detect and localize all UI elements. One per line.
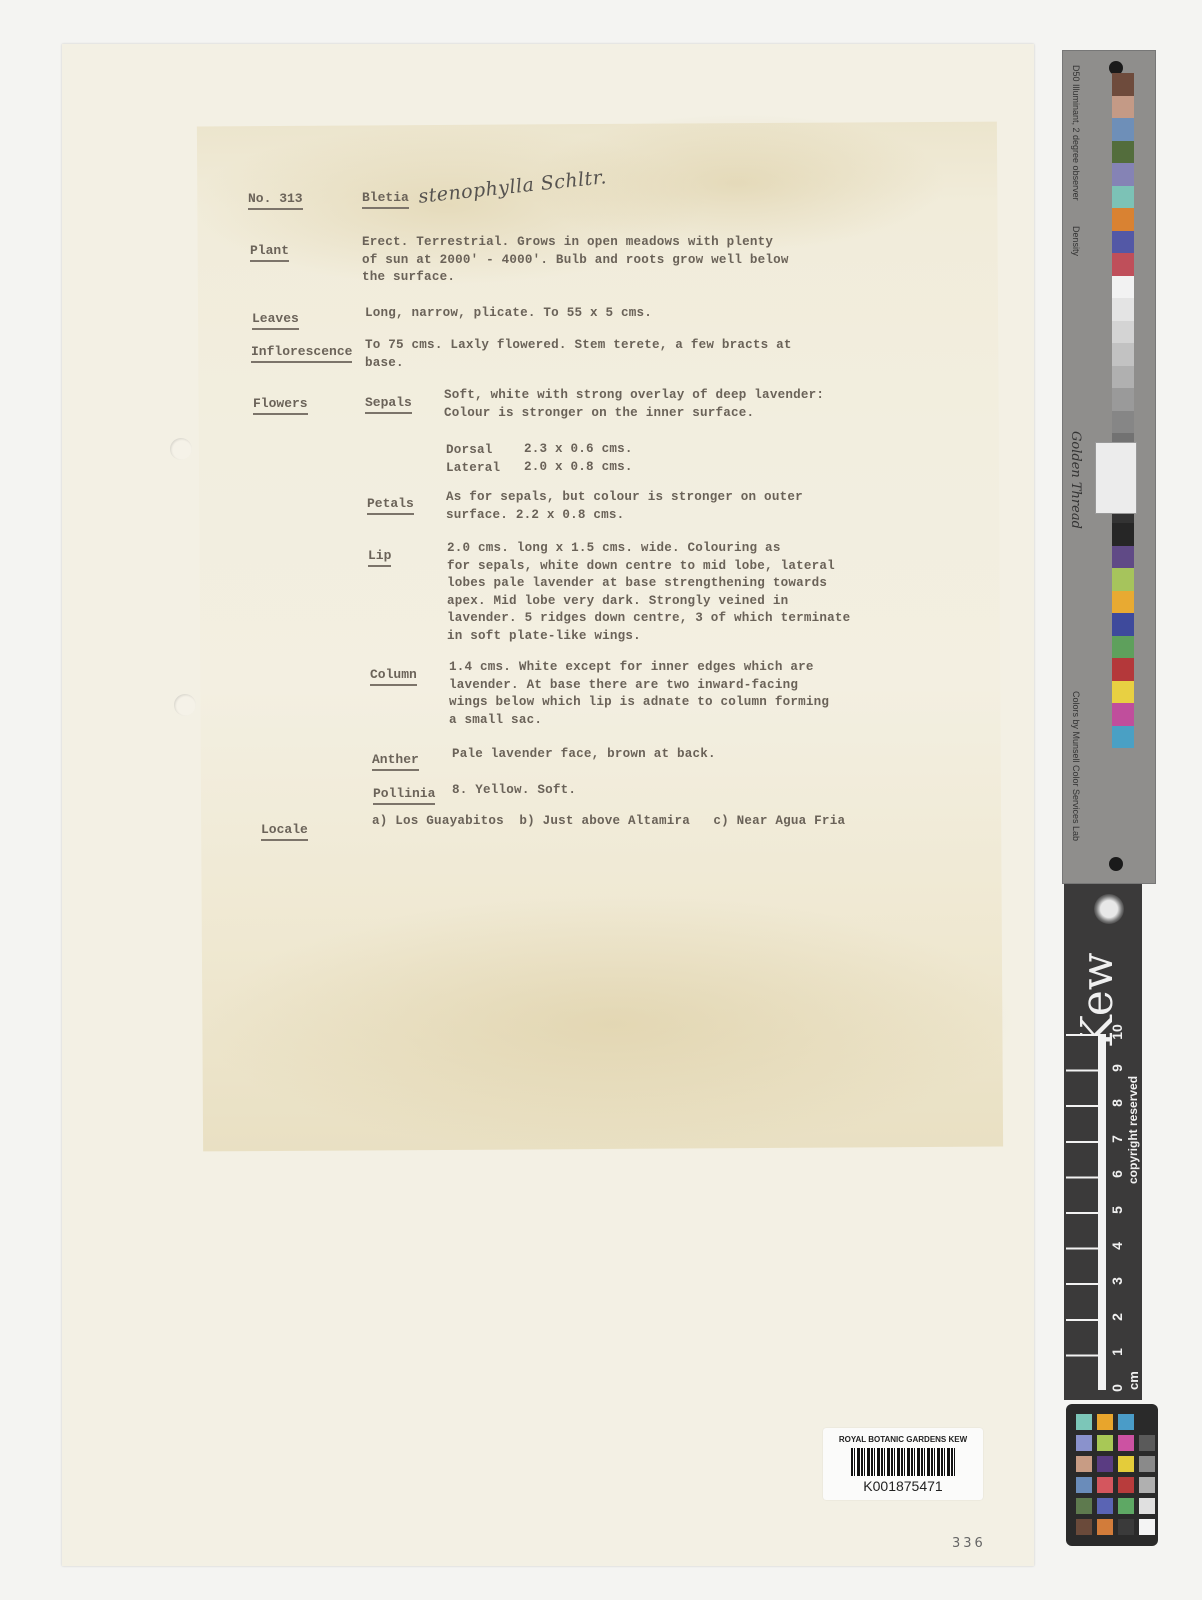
color-checker-grid	[1076, 1414, 1155, 1535]
checker-cell	[1076, 1435, 1092, 1451]
herbarium-sheet: No. 313 Bletia stenophylla Schltr. Plant…	[62, 44, 1034, 1566]
munsell-text: Colors by Munsell Color Services Lab	[1071, 691, 1081, 841]
checker-cell	[1118, 1477, 1134, 1493]
ruler-number: 5	[1109, 1201, 1125, 1219]
checker-cell	[1139, 1435, 1155, 1451]
checker-cell	[1097, 1435, 1113, 1451]
locale-text: a) Los Guayabitos b) Just above Altamira…	[372, 813, 845, 831]
checker-cell	[1118, 1456, 1134, 1472]
text-line: lavender. At base there are two inward-f…	[449, 677, 829, 695]
strip-hole-icon	[1109, 857, 1123, 871]
specimen-number: No. 313	[248, 191, 303, 210]
text-line: Long, narrow, plicate. To 55 x 5 cms.	[365, 305, 652, 323]
color-swatch	[1112, 73, 1134, 96]
color-swatch	[1112, 163, 1134, 186]
text-line: Colour is stronger on the inner surface.	[444, 405, 824, 423]
density-label: Density	[1071, 226, 1081, 256]
color-swatch	[1112, 321, 1134, 344]
plant-text: Erect. Terrestrial. Grows in open meadow…	[362, 234, 789, 287]
checker-cell	[1097, 1498, 1113, 1514]
folio-number: 336	[952, 1536, 986, 1551]
locale-label: Locale	[261, 822, 308, 841]
text-line: Erect. Terrestrial. Grows in open meadow…	[362, 234, 789, 252]
color-swatch	[1112, 636, 1134, 659]
color-swatches	[1112, 73, 1134, 748]
lip-label: Lip	[368, 548, 391, 567]
text-line: lobes pale lavender at base strengthenin…	[447, 575, 850, 593]
checker-cell	[1076, 1414, 1092, 1430]
barcode-label: ROYAL BOTANIC GARDENS KEW K001875471	[823, 1428, 983, 1500]
barcode-icon	[851, 1448, 955, 1476]
text-line: apex. Mid lobe very dark. Strongly veine…	[447, 593, 850, 611]
genus-name: Bletia	[362, 190, 409, 209]
punch-hole	[170, 438, 192, 460]
text-line: 8. Yellow. Soft.	[452, 782, 576, 800]
checker-cell	[1139, 1477, 1155, 1493]
grey-scale-card	[1095, 442, 1137, 514]
sepals-text: Soft, white with strong overlay of deep …	[444, 387, 824, 422]
checker-cell	[1076, 1498, 1092, 1514]
inflorescence-label: Inflorescence	[251, 344, 352, 363]
color-swatch	[1112, 253, 1134, 276]
color-checker-card	[1066, 1404, 1158, 1546]
column-label: Column	[370, 667, 417, 686]
text-line: in soft plate-like wings.	[447, 628, 850, 646]
text-line: 2.0 cms. long x 1.5 cms. wide. Colouring…	[447, 540, 850, 558]
color-swatch	[1112, 366, 1134, 389]
color-swatch	[1112, 546, 1134, 569]
checker-cell	[1139, 1414, 1155, 1430]
text-line: base.	[365, 355, 792, 373]
checker-cell	[1139, 1498, 1155, 1514]
color-swatch	[1112, 703, 1134, 726]
flowers-label: Flowers	[253, 396, 308, 415]
ruler-number: 6	[1109, 1165, 1125, 1183]
checker-cell	[1097, 1456, 1113, 1472]
inflorescence-text: To 75 cms. Laxly flowered. Stem terete, …	[365, 337, 792, 372]
text-line: a small sac.	[449, 712, 829, 730]
text-line: the surface.	[362, 269, 789, 287]
water-stain	[202, 891, 1024, 1156]
brand-script: Golden Thread	[1068, 431, 1083, 529]
color-swatch	[1112, 411, 1134, 434]
checker-cell	[1076, 1477, 1092, 1493]
barcode-number: K001875471	[823, 1478, 983, 1494]
color-swatch	[1112, 523, 1134, 546]
text-line: Pale lavender face, brown at back.	[452, 746, 716, 764]
ruler-number: 3	[1109, 1272, 1125, 1290]
anther-label: Anther	[372, 752, 419, 771]
color-swatch	[1112, 186, 1134, 209]
text-line: a) Los Guayabitos b) Just above Altamira…	[372, 813, 845, 831]
ruler-number: 9	[1109, 1059, 1125, 1077]
text-line: of sun at 2000' - 4000'. Bulb and roots …	[362, 252, 789, 270]
punch-hole	[174, 694, 196, 716]
ruler-number: 1	[1109, 1343, 1125, 1361]
text-line: surface. 2.2 x 0.8 cms.	[446, 507, 803, 525]
color-swatch	[1112, 726, 1134, 749]
ruler-tickbar	[1098, 1034, 1106, 1390]
color-swatch	[1112, 118, 1134, 141]
sepal-dorsal-label: Dorsal	[446, 442, 493, 460]
leaves-label: Leaves	[252, 311, 299, 330]
sepal-lateral-value: 2.0 x 0.8 cms.	[524, 459, 633, 477]
text-line: lavender. 5 ridges down centre, 3 of whi…	[447, 610, 850, 628]
text-line: wings below which lip is adnate to colum…	[449, 694, 829, 712]
petals-label: Petals	[367, 496, 414, 515]
color-swatch	[1112, 568, 1134, 591]
checker-cell	[1076, 1456, 1092, 1472]
checker-cell	[1139, 1456, 1155, 1472]
lip-text: 2.0 cms. long x 1.5 cms. wide. Colouring…	[447, 540, 850, 645]
pollinia-label: Pollinia	[373, 786, 435, 805]
kew-crest-icon	[1094, 894, 1124, 924]
leaves-text: Long, narrow, plicate. To 55 x 5 cms.	[365, 305, 652, 323]
color-swatch	[1112, 298, 1134, 321]
color-swatch	[1112, 343, 1134, 366]
ruler-number: 4	[1109, 1237, 1125, 1255]
color-swatch	[1112, 591, 1134, 614]
ruler-number: 0	[1109, 1379, 1125, 1397]
color-swatch	[1112, 681, 1134, 704]
checker-cell	[1118, 1519, 1134, 1535]
checker-cell	[1118, 1498, 1134, 1514]
color-swatch	[1112, 658, 1134, 681]
checker-cell	[1097, 1477, 1113, 1493]
color-swatch	[1112, 613, 1134, 636]
text-line: As for sepals, but colour is stronger on…	[446, 489, 803, 507]
color-swatch	[1112, 208, 1134, 231]
ruler-number: 7	[1109, 1130, 1125, 1148]
checker-cell	[1118, 1414, 1134, 1430]
checker-cell	[1139, 1519, 1155, 1535]
kew-scale-ruler: Kew 012345678910 copyright reserved cm	[1064, 884, 1142, 1400]
ruler-number: 2	[1109, 1308, 1125, 1326]
checker-cell	[1097, 1414, 1113, 1430]
color-swatch	[1112, 96, 1134, 119]
sepal-dorsal-value: 2.3 x 0.6 cms.	[524, 441, 633, 459]
color-swatch	[1112, 276, 1134, 299]
text-line: To 75 cms. Laxly flowered. Stem terete, …	[365, 337, 792, 355]
ruler-ticks	[1066, 1034, 1098, 1390]
copyright-text: copyright reserved	[1126, 1076, 1140, 1184]
text-line: Soft, white with strong overlay of deep …	[444, 387, 824, 405]
checker-cell	[1097, 1519, 1113, 1535]
text-line: for sepals, white down centre to mid lob…	[447, 558, 850, 576]
text-line: 1.4 cms. White except for inner edges wh…	[449, 659, 829, 677]
color-swatch	[1112, 231, 1134, 254]
petals-text: As for sepals, but colour is stronger on…	[446, 489, 803, 524]
checker-cell	[1076, 1519, 1092, 1535]
anther-text: Pale lavender face, brown at back.	[452, 746, 716, 764]
checker-cell	[1118, 1435, 1134, 1451]
ruler-number: 8	[1109, 1094, 1125, 1112]
ruler-numbers: 012345678910	[1108, 1034, 1126, 1390]
pollinia-text: 8. Yellow. Soft.	[452, 782, 576, 800]
institution-name: ROYAL BOTANIC GARDENS KEW	[823, 1435, 983, 1444]
color-swatch	[1112, 141, 1134, 164]
sepals-label: Sepals	[365, 395, 412, 414]
illuminant-text: D50 Illuminant, 2 degree observer	[1071, 65, 1081, 201]
column-text: 1.4 cms. White except for inner edges wh…	[449, 659, 829, 729]
color-swatch	[1112, 388, 1134, 411]
sepal-lateral-label: Lateral	[446, 460, 500, 478]
plant-label: Plant	[250, 243, 289, 262]
ruler-unit: cm	[1126, 1371, 1141, 1390]
ruler-number: 10	[1109, 1023, 1125, 1041]
